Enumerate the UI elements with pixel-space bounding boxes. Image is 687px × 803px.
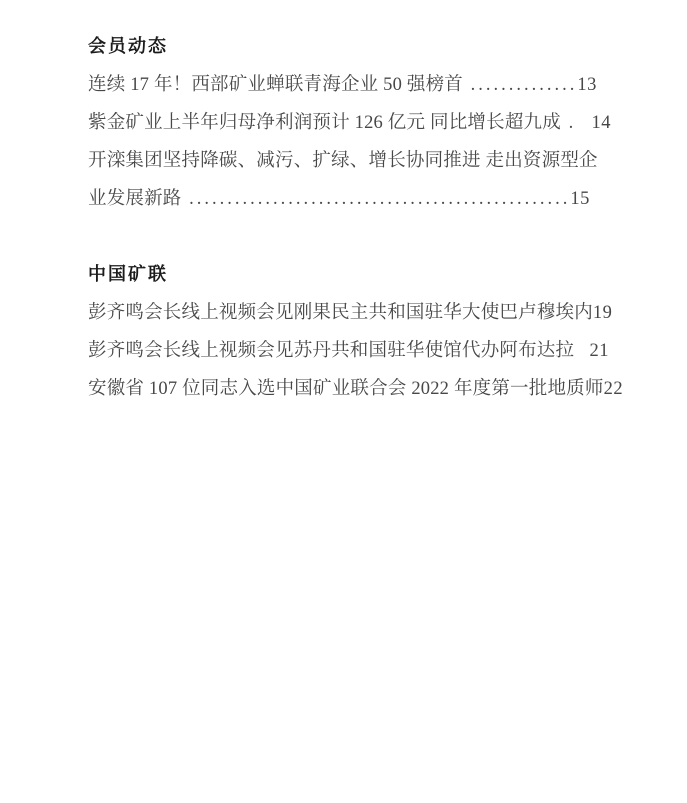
toc-entry-text: 彭齐鸣会长线上视频会见刚果民主共和国驻华大使巴卢穆埃内 bbox=[88, 303, 593, 323]
toc-entry-line: 业发展新路 ..................................… bbox=[88, 180, 607, 218]
page-number: 21 bbox=[589, 341, 609, 361]
page-number: 22 bbox=[604, 379, 624, 399]
toc-entry-line: 紫金矿业上半年归母净利润预计 126 亿元 同比增长超九成 . 14 bbox=[88, 104, 607, 142]
toc-entry-text: 业发展新路 bbox=[88, 189, 182, 209]
toc-entry-line: 彭齐鸣会长线上视频会见刚果民主共和国驻华大使巴卢穆埃内19 bbox=[88, 294, 607, 332]
toc-entry-line: 连续 17 年！西部矿业蝉联青海企业 50 强榜首 ..............… bbox=[88, 66, 607, 104]
toc-entry-line: 彭齐鸣会长线上视频会见苏丹共和国驻华使馆代办阿布达拉 21 bbox=[88, 332, 607, 370]
page-number: 15 bbox=[570, 189, 590, 209]
section-gap bbox=[88, 218, 607, 256]
page-number: 13 bbox=[577, 75, 597, 95]
toc-entry-text: 安徽省 107 位同志入选中国矿业联合会 2022 年度第一批地质师 bbox=[88, 379, 604, 399]
toc-entry-text: 彭齐鸣会长线上视频会见苏丹共和国驻华使馆代办阿布达拉 bbox=[88, 341, 574, 361]
toc-section-member-news: 会员动态 连续 17 年！西部矿业蝉联青海企业 50 强榜首 .........… bbox=[88, 28, 607, 218]
toc-entry-text: 开滦集团坚持降碳、减污、扩绿、增长协同推进 走出资源型企 bbox=[88, 151, 598, 171]
toc-entry-text: 紫金矿业上半年归母净利润预计 126 亿元 同比增长超九成 bbox=[88, 113, 561, 133]
dot-leader bbox=[574, 341, 589, 361]
dot-leader: .............. bbox=[463, 75, 577, 95]
page-number: 19 bbox=[593, 303, 613, 323]
page-number: 14 bbox=[591, 113, 611, 133]
section-heading: 会员动态 bbox=[88, 28, 607, 66]
toc-entry-line: 安徽省 107 位同志入选中国矿业联合会 2022 年度第一批地质师22 bbox=[88, 370, 607, 408]
dot-leader: ........................................… bbox=[182, 189, 571, 209]
document-page: 会员动态 连续 17 年！西部矿业蝉联青海企业 50 强榜首 .........… bbox=[0, 0, 687, 803]
toc-entry-text: 连续 17 年！西部矿业蝉联青海企业 50 强榜首 bbox=[88, 75, 463, 95]
toc-entry-line: 开滦集团坚持降碳、减污、扩绿、增长协同推进 走出资源型企 bbox=[88, 142, 607, 180]
section-heading: 中国矿联 bbox=[88, 256, 607, 294]
dot-leader: . bbox=[561, 113, 592, 133]
toc-section-china-mining: 中国矿联 彭齐鸣会长线上视频会见刚果民主共和国驻华大使巴卢穆埃内19 彭齐鸣会长… bbox=[88, 256, 607, 408]
